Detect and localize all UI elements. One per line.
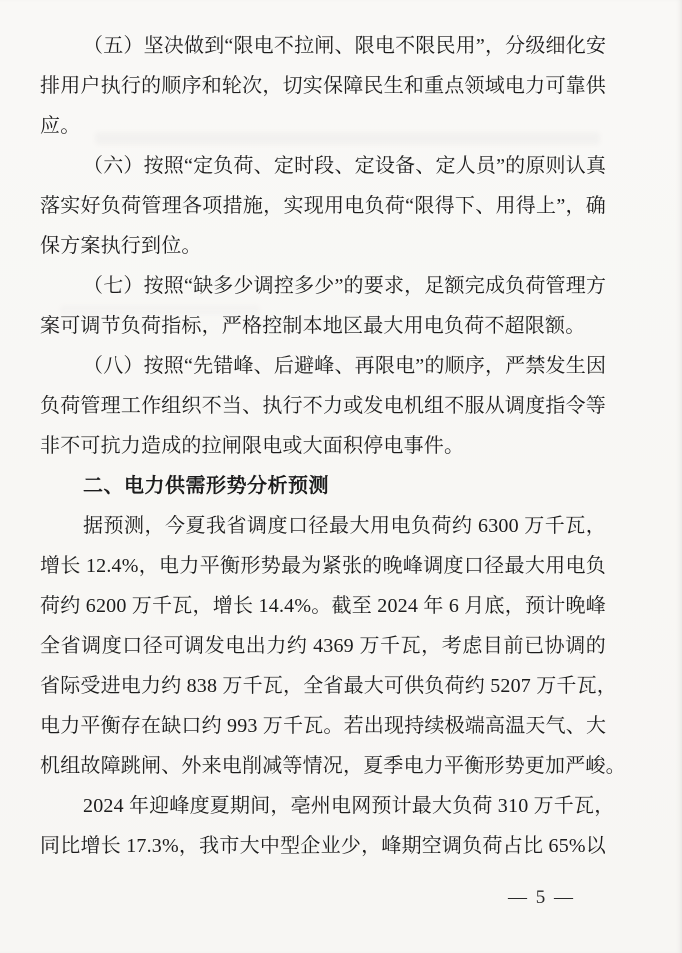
paragraph-item-7: （七）按照“缺多少调控多少”的要求，足额完成负荷管理方 案可调节负荷指标，严格控… xyxy=(40,266,606,346)
text-line: （五）坚决做到“限电不拉闸、限电不限民用”，分级细化安 xyxy=(40,26,606,66)
text-line: 2024 年迎峰度夏期间，亳州电网预计最大负荷 310 万千瓦， xyxy=(40,786,606,826)
text-line: 应。 xyxy=(40,106,606,146)
paragraph-item-8: （八）按照“先错峰、后避峰、再限电”的顺序，严禁发生因 负荷管理工作组织不当、执… xyxy=(40,346,606,466)
text-line: 同比增长 17.3%，我市大中型企业少，峰期空调负荷占比 65%以 xyxy=(40,826,606,866)
text-line: （八）按照“先错峰、后避峰、再限电”的顺序，严禁发生因 xyxy=(40,346,606,386)
text-line: 负荷管理工作组织不当、执行不力或发电机组不服从调度指令等 xyxy=(40,386,606,426)
text-line: 保方案执行到位。 xyxy=(40,226,606,266)
page-number: — 5 — xyxy=(508,878,575,918)
text-line: 电力平衡存在缺口约 993 万千瓦。若出现持续极端高温天气、大 xyxy=(40,706,606,746)
text-line: 排用户执行的顺序和轮次，切实保障民生和重点领域电力可靠供 xyxy=(40,66,606,106)
text-line: 据预测，今夏我省调度口径最大用电负荷约 6300 万千瓦， xyxy=(40,506,606,546)
text-line: 荷约 6200 万千瓦，增长 14.4%。截至 2024 年 6 月底，预计晚峰 xyxy=(40,586,606,626)
paragraph-item-5: （五）坚决做到“限电不拉闸、限电不限民用”，分级细化安 排用户执行的顺序和轮次，… xyxy=(40,26,606,146)
text-line: （六）按照“定负荷、定时段、定设备、定人员”的原则认真 xyxy=(40,146,606,186)
text-line: （七）按照“缺多少调控多少”的要求，足额完成负荷管理方 xyxy=(40,266,606,306)
text-line: 非不可抗力造成的拉闸限电或大面积停电事件。 xyxy=(40,426,606,466)
text-line: 增长 12.4%，电力平衡形势最为紧张的晚峰调度口径最大用电负 xyxy=(40,546,606,586)
text-line: 省际受进电力约 838 万千瓦，全省最大可供负荷约 5207 万千瓦， xyxy=(40,666,606,706)
paragraph-item-6: （六）按照“定负荷、定时段、定设备、定人员”的原则认真 落实好负荷管理各项措施，… xyxy=(40,146,606,266)
paragraph-bozhou-grid: 2024 年迎峰度夏期间，亳州电网预计最大负荷 310 万千瓦， 同比增长 17… xyxy=(40,786,606,866)
paragraph-forecast: 据预测，今夏我省调度口径最大用电负荷约 6300 万千瓦， 增长 12.4%，电… xyxy=(40,506,606,786)
text-line: 机组故障跳闸、外来电削减等情况，夏季电力平衡形势更加严峻。 xyxy=(40,746,606,786)
section-heading-2: 二、电力供需形势分析预测 xyxy=(40,466,606,506)
section-heading-text: 二、电力供需形势分析预测 xyxy=(40,466,606,506)
document-body: （五）坚决做到“限电不拉闸、限电不限民用”，分级细化安 排用户执行的顺序和轮次，… xyxy=(40,26,606,866)
text-line: 案可调节负荷指标，严格控制本地区最大用电负荷不超限额。 xyxy=(40,306,606,346)
document-page: （五）坚决做到“限电不拉闸、限电不限民用”，分级细化安 排用户执行的顺序和轮次，… xyxy=(0,0,682,953)
text-line: 落实好负荷管理各项措施，实现用电负荷“限得下、用得上”，确 xyxy=(40,186,606,226)
text-line: 全省调度口径可调发电出力约 4369 万千瓦，考虑目前已协调的 xyxy=(40,626,606,666)
